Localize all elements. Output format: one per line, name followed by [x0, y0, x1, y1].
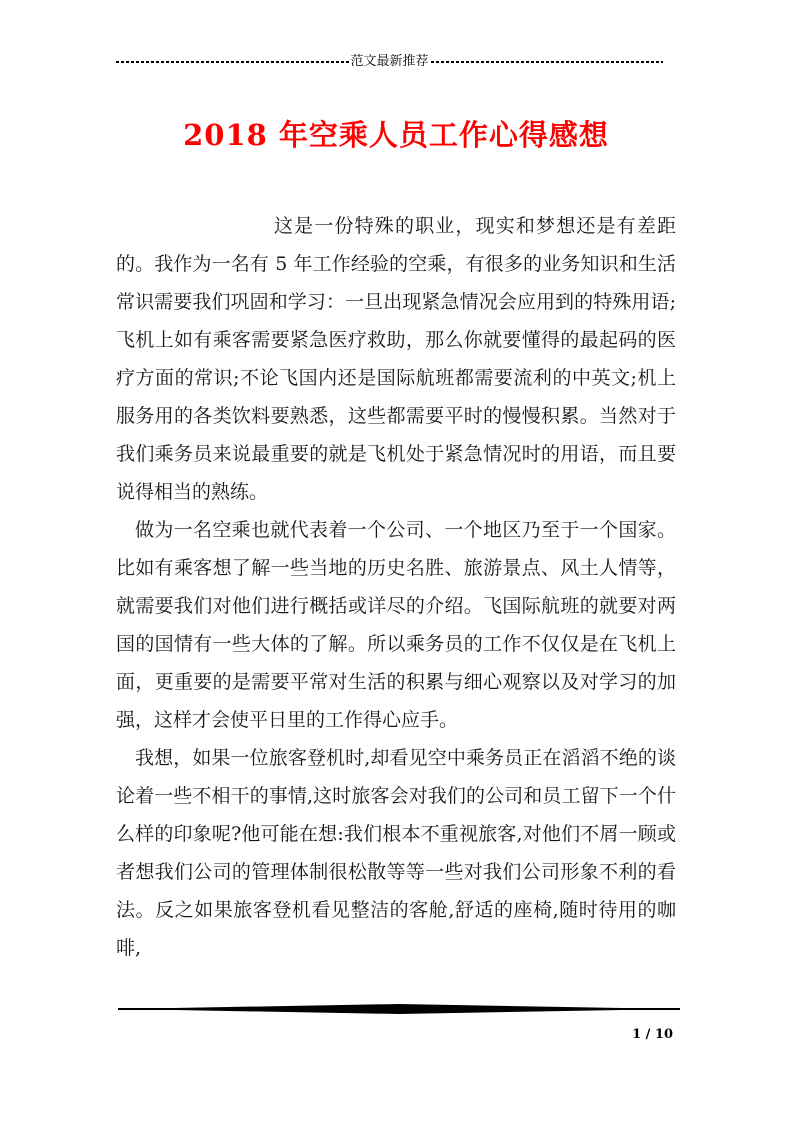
page-header: 范文最新推荐	[116, 52, 663, 72]
document-page: 范文最新推荐 2018 年空乘人员工作心得感想 这是一份特殊的职业，现实和梦想还…	[0, 0, 793, 1122]
paragraph-3: 我想，如果一位旅客登机时,却看见空中乘务员正在滔滔不绝的谈论着一些不相干的事情,…	[116, 739, 676, 967]
footer-divider-line	[118, 1003, 680, 1015]
page-title: 2018 年空乘人员工作心得感想	[116, 115, 676, 155]
document-body: 这是一份特殊的职业，现实和梦想还是有差距的。我作为一名有 5 年工作经验的空乘，…	[116, 207, 676, 967]
header-dashed-line-left	[116, 61, 349, 63]
header-label: 范文最新推荐	[351, 52, 429, 72]
paragraph-1: 这是一份特殊的职业，现实和梦想还是有差距的。我作为一名有 5 年工作经验的空乘，…	[116, 207, 676, 511]
paragraph-2: 做为一名空乘也就代表着一个公司、一个地区乃至于一个国家。比如有乘客想了解一些当地…	[116, 511, 676, 739]
header-dashed-line-right	[431, 61, 664, 63]
page-number: 1 / 10	[632, 1027, 673, 1042]
